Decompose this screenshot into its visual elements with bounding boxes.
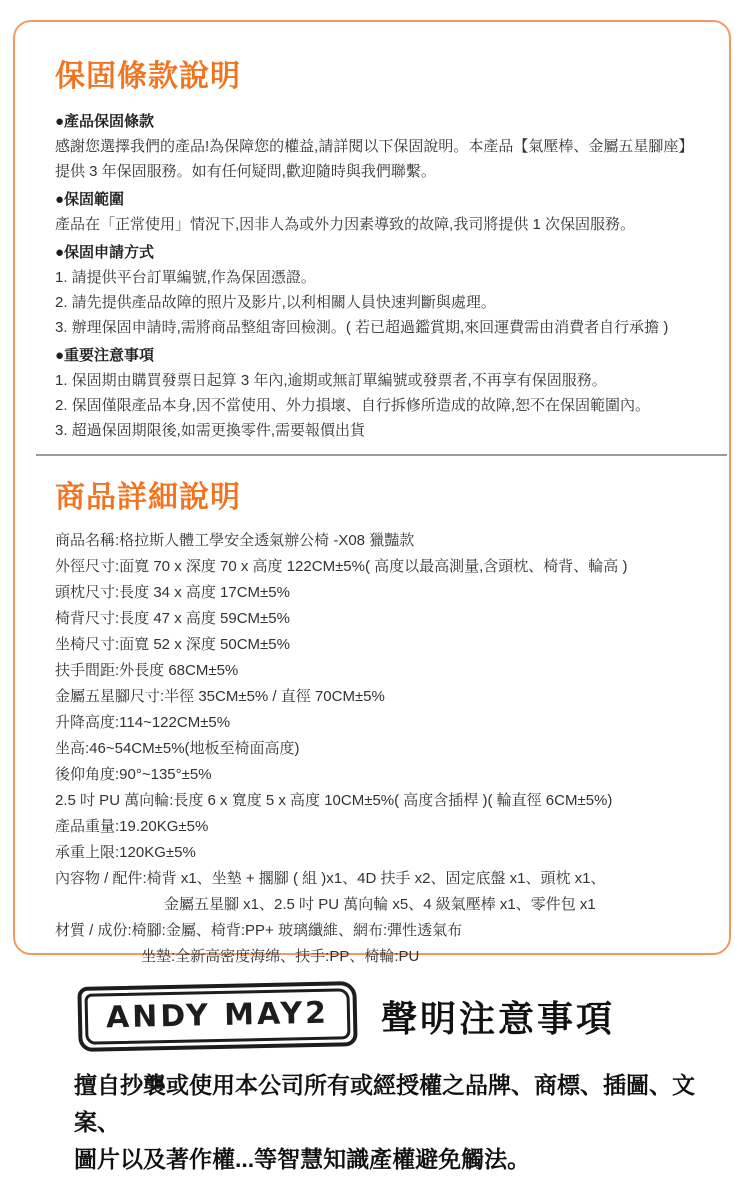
- spec-line-caster-size: 2.5 吋 PU 萬向輪:長度 6 x 寬度 5 x 高度 10CM±5%( 高…: [55, 788, 705, 814]
- warranty-line: 感謝您選擇我們的產品!為保障您的權益,請詳閱以下保固說明。本產品【氣壓棒、金屬五…: [55, 134, 705, 159]
- warranty-line: 3. 超過保固期限後,如需更換零件,需要報價出貨: [55, 418, 705, 443]
- warranty-section-title: 保固條款說明: [55, 60, 705, 94]
- declaration-line: 擅自抄襲或使用本公司所有或經授權之品牌、商標、插圖、文案、: [74, 1067, 722, 1141]
- warranty-heading: ●產品保固條款: [55, 106, 705, 134]
- spec-line-contents: 內容物 / 配件:椅背 x1、坐墊 + 擱腳 ( 組 )x1、4D 扶手 x2、…: [55, 866, 705, 892]
- warranty-line: 1. 請提供平台訂單編號,作為保固憑證。: [55, 265, 705, 290]
- spec-line-armrest-span: 扶手間距:外長度 68CM±5%: [55, 658, 705, 684]
- warranty-line: 2. 請先提供產品故障的照片及影片,以利相關人員快速判斷與處理。: [55, 290, 705, 315]
- spec-line-product-name: 商品名稱:格拉斯人體工學安全透氣辦公椅 -X08 獵豔款: [55, 528, 705, 554]
- warranty-line: 1. 保固期由購買發票日起算 3 年內,逾期或無訂單編號或發票者,不再享有保固服…: [55, 368, 705, 393]
- brand-logo: ANDY MAY2: [77, 981, 357, 1052]
- warranty-heading: ●保固範圍: [55, 184, 705, 212]
- brand-row: ANDY MAY2 聲明注意事項: [78, 984, 750, 1049]
- spec-line-max-load: 承重上限:120KG±5%: [55, 840, 705, 866]
- spec-line-weight: 產品重量:19.20KG±5%: [55, 814, 705, 840]
- footer: ANDY MAY2 聲明注意事項 擅自抄襲或使用本公司所有或經授權之品牌、商標、…: [0, 984, 750, 1178]
- declaration-line: 圖片以及著作權...等智慧知識產權避免觸法。: [74, 1141, 722, 1178]
- section-divider: [36, 454, 727, 456]
- warranty-heading: ●保固申請方式: [55, 237, 705, 265]
- frame-content: 保固條款說明 ●產品保固條款 感謝您選擇我們的產品!為保障您的權益,請詳閱以下保…: [15, 22, 729, 970]
- details-section-title: 商品詳細說明: [55, 481, 705, 515]
- spec-line-contents-cont: 金屬五星腳 x1、2.5 吋 PU 萬向輪 x5、4 級氣壓棒 x1、零件包 x…: [55, 892, 705, 918]
- product-info-page: 保固條款說明 ●產品保固條款 感謝您選擇我們的產品!為保障您的權益,請詳閱以下保…: [0, 0, 750, 1200]
- spec-line-lift-range: 升降高度:114~122CM±5%: [55, 710, 705, 736]
- warranty-line: 2. 保固僅限產品本身,因不當使用、外力損壞、自行拆修所造成的故障,恕不在保固範…: [55, 393, 705, 418]
- spec-line-backrest-size: 椅背尺寸:長度 47 x 高度 59CM±5%: [55, 606, 705, 632]
- spec-line-headrest-size: 頭枕尺寸:長度 34 x 高度 17CM±5%: [55, 580, 705, 606]
- spec-line-seat-size: 坐椅尺寸:面寬 52 x 深度 50CM±5%: [55, 632, 705, 658]
- warranty-line: 提供 3 年保固服務。如有任何疑問,歡迎隨時與我們聯繫。: [55, 159, 705, 184]
- warranty-details-frame: 保固條款說明 ●產品保固條款 感謝您選擇我們的產品!為保障您的權益,請詳閱以下保…: [13, 20, 731, 955]
- declaration-heading: 聲明注意事項: [381, 991, 615, 1042]
- spec-line-materials: 材質 / 成份:椅腳:金屬、椅背:PP+ 玻璃纖維、網布:彈性透氣布: [55, 918, 705, 944]
- warranty-heading: ●重要注意事項: [55, 340, 705, 368]
- spec-line-materials-cont: 坐墊:全新高密度海绵、扶手:PP、椅輪:PU: [55, 944, 705, 970]
- warranty-line: 產品在「正常使用」情況下,因非人為或外力因素導致的故障,我司將提供 1 次保固服…: [55, 212, 705, 237]
- brand-logo-text: ANDY MAY2: [84, 988, 350, 1045]
- spec-line-base-size: 金屬五星腳尺寸:半徑 35CM±5% / 直徑 70CM±5%: [55, 684, 705, 710]
- spec-line-recline-angle: 後仰角度:90°~135°±5%: [55, 762, 705, 788]
- spec-line-outer-size: 外徑尺寸:面寬 70 x 深度 70 x 高度 122CM±5%( 高度以最高測…: [55, 554, 705, 580]
- warranty-line: 3. 辦理保固申請時,需將商品整組寄回檢測。( 若已超過鑑賞期,來回運費需由消費…: [55, 315, 705, 340]
- spec-line-seat-height: 坐高:46~54CM±5%(地板至椅面高度): [55, 736, 705, 762]
- declaration-text: 擅自抄襲或使用本公司所有或經授權之品牌、商標、插圖、文案、 圖片以及著作權...…: [74, 1067, 722, 1178]
